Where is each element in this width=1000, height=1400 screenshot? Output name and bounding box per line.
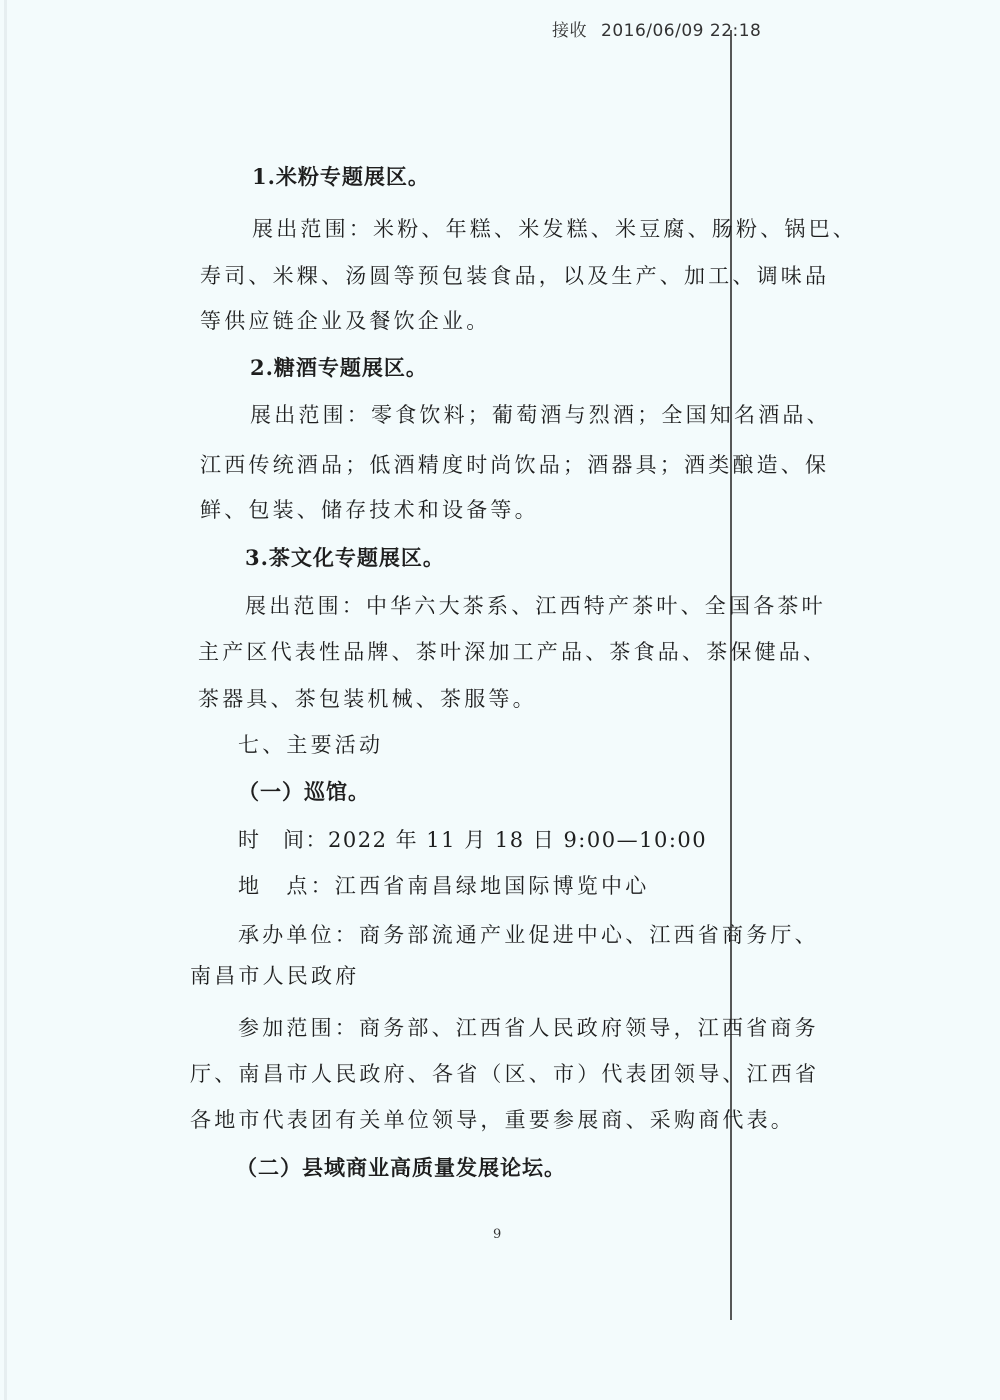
subsection-heading-tour: （一）巡馆。	[238, 781, 370, 802]
paragraph-line: 展出范围：零食饮料；葡萄酒与烈酒；全国知名酒品、	[250, 405, 831, 426]
tour-participants-line: 参加范围：商务部、江西省人民政府领导，江西省商务	[238, 1018, 819, 1039]
paragraph-line: 展出范围：米粉、年糕、米发糕、米豆腐、肠粉、锅巴、	[252, 219, 857, 240]
tour-organizer-line: 南昌市人民政府	[190, 966, 359, 987]
section-heading-rice-noodle: 1.米粉专题展区。	[252, 166, 430, 187]
paragraph-line: 江西传统酒品；低酒精度时尚饮品；酒器具；酒类酿造、保	[200, 455, 829, 476]
section-heading-tea-culture: 3.茶文化专题展区。	[245, 547, 445, 568]
fax-receipt-label: 接收	[552, 21, 587, 41]
paragraph-line: 展出范围：中华六大茶系、江西特产茶叶、全国各茶叶	[245, 596, 826, 617]
paragraph-line: 鲜、包装、储存技术和设备等。	[200, 500, 539, 521]
tour-participants-line: 厅、南昌市人民政府、各省（区、市）代表团领导、江西省	[190, 1064, 819, 1085]
tour-location: 地 点：江西省南昌绿地国际博览中心	[238, 876, 649, 897]
paragraph-line: 茶器具、茶包装机械、茶服等。	[198, 689, 537, 710]
fax-receipt-timestamp: 2016/06/09 22:18	[601, 21, 761, 41]
paragraph-line: 寿司、米粿、汤圆等预包装食品，以及生产、加工、调味品	[200, 266, 829, 287]
section-heading-sugar-wine: 2.糖酒专题展区。	[250, 357, 428, 378]
page-number: 9	[493, 1227, 501, 1242]
tour-time: 时 间：2022 年 11 月 18 日 9:00—10:00	[238, 830, 707, 851]
paragraph-line: 主产区代表性品牌、茶叶深加工产品、茶食品、茶保健品、	[198, 642, 827, 663]
paragraph-line: 等供应链企业及餐饮企业。	[200, 311, 490, 332]
tour-participants-line: 各地市代表团有关单位领导，重要参展商、采购商代表。	[190, 1110, 795, 1131]
subsection-heading-forum: （二）县域商业高质量发展论坛。	[236, 1157, 566, 1178]
tour-organizer-line: 承办单位：商务部流通产业促进中心、江西省商务厅、	[238, 925, 819, 946]
chapter-heading-main-activities: 七、主要活动	[238, 735, 383, 756]
scan-left-edge	[4, 0, 7, 1400]
